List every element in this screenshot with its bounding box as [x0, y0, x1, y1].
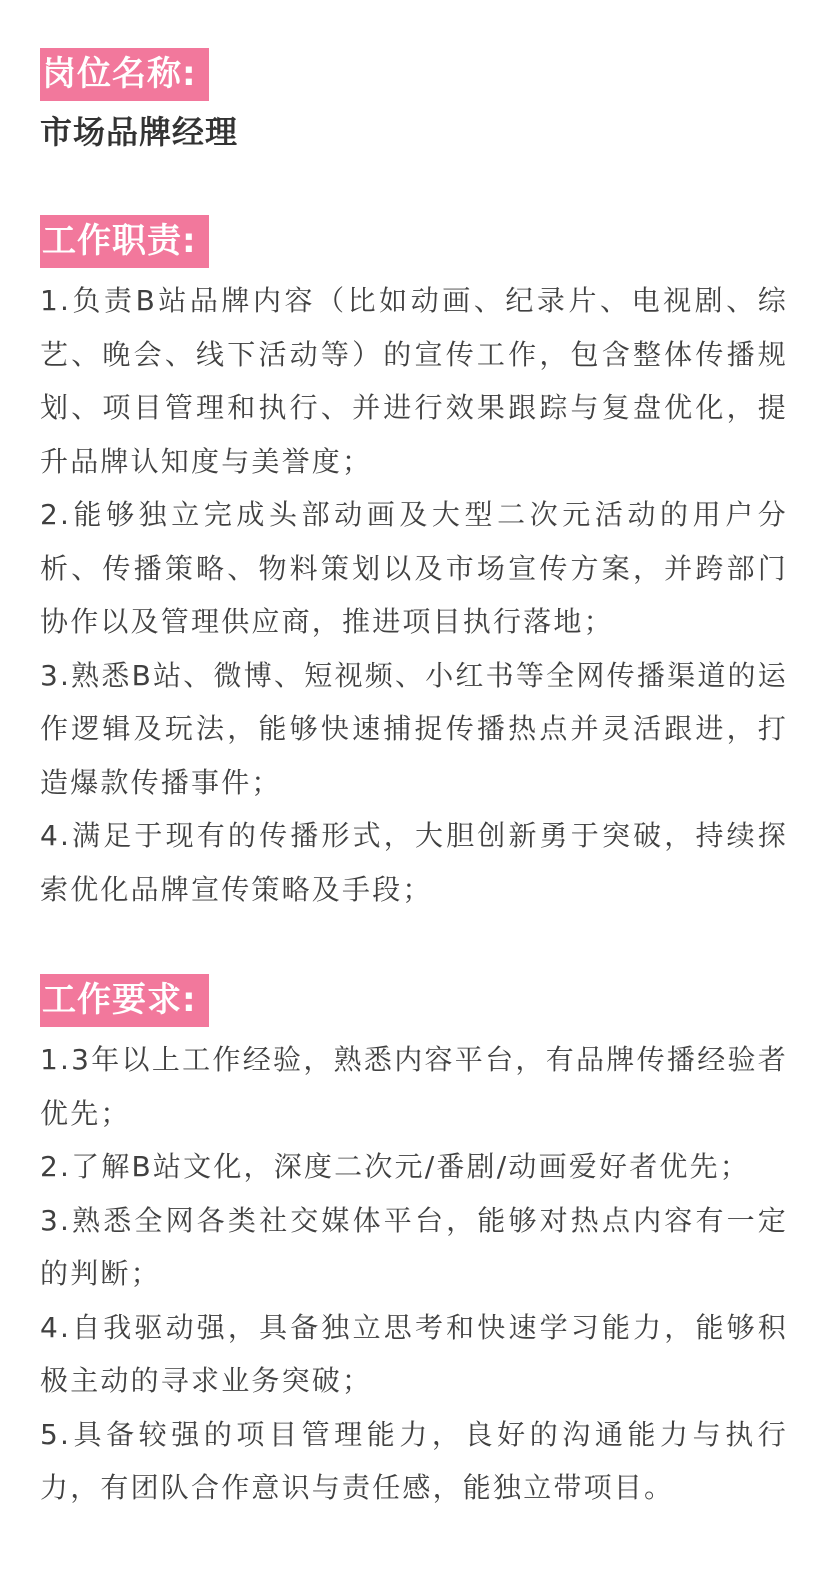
requirement-item: 1.3年以上工作经验，熟悉内容平台，有品牌传播经验者优先； — [40, 1033, 788, 1140]
responsibilities-section: 工作职责: 1.负责B站品牌内容（比如动画、纪录片、电视剧、综艺、晚会、线下活动… — [40, 215, 788, 916]
requirements-section: 工作要求: 1.3年以上工作经验，熟悉内容平台，有品牌传播经验者优先； 2.了解… — [40, 974, 788, 1515]
requirement-item: 2.了解B站文化，深度二次元/番剧/动画爱好者优先； — [40, 1140, 788, 1194]
responsibilities-list: 1.负责B站品牌内容（比如动画、纪录片、电视剧、综艺、晚会、线下活动等）的宣传工… — [40, 274, 788, 916]
requirements-list: 1.3年以上工作经验，熟悉内容平台，有品牌传播经验者优先； 2.了解B站文化，深… — [40, 1033, 788, 1515]
position-label: 岗位名称: — [40, 48, 209, 101]
responsibility-item: 3.熟悉B站、微博、短视频、小红书等全网传播渠道的运作逻辑及玩法，能够快速捕捉传… — [40, 649, 788, 810]
responsibility-item: 2.能够独立完成头部动画及大型二次元活动的用户分析、传播策略、物料策划以及市场宣… — [40, 488, 788, 649]
position-title: 市场品牌经理 — [40, 107, 788, 157]
position-section: 岗位名称: 市场品牌经理 — [40, 48, 788, 157]
requirements-label: 工作要求: — [40, 974, 209, 1027]
job-posting: 岗位名称: 市场品牌经理 工作职责: 1.负责B站品牌内容（比如动画、纪录片、电… — [40, 48, 788, 1515]
requirement-item: 4.自我驱动强，具备独立思考和快速学习能力，能够积极主动的寻求业务突破； — [40, 1301, 788, 1408]
responsibility-item: 4.满足于现有的传播形式，大胆创新勇于突破，持续探索优化品牌宣传策略及手段； — [40, 809, 788, 916]
responsibilities-label: 工作职责: — [40, 215, 209, 268]
responsibility-item: 1.负责B站品牌内容（比如动画、纪录片、电视剧、综艺、晚会、线下活动等）的宣传工… — [40, 274, 788, 488]
requirement-item: 5.具备较强的项目管理能力，良好的沟通能力与执行力，有团队合作意识与责任感，能独… — [40, 1408, 788, 1515]
requirement-item: 3.熟悉全网各类社交媒体平台，能够对热点内容有一定的判断； — [40, 1194, 788, 1301]
